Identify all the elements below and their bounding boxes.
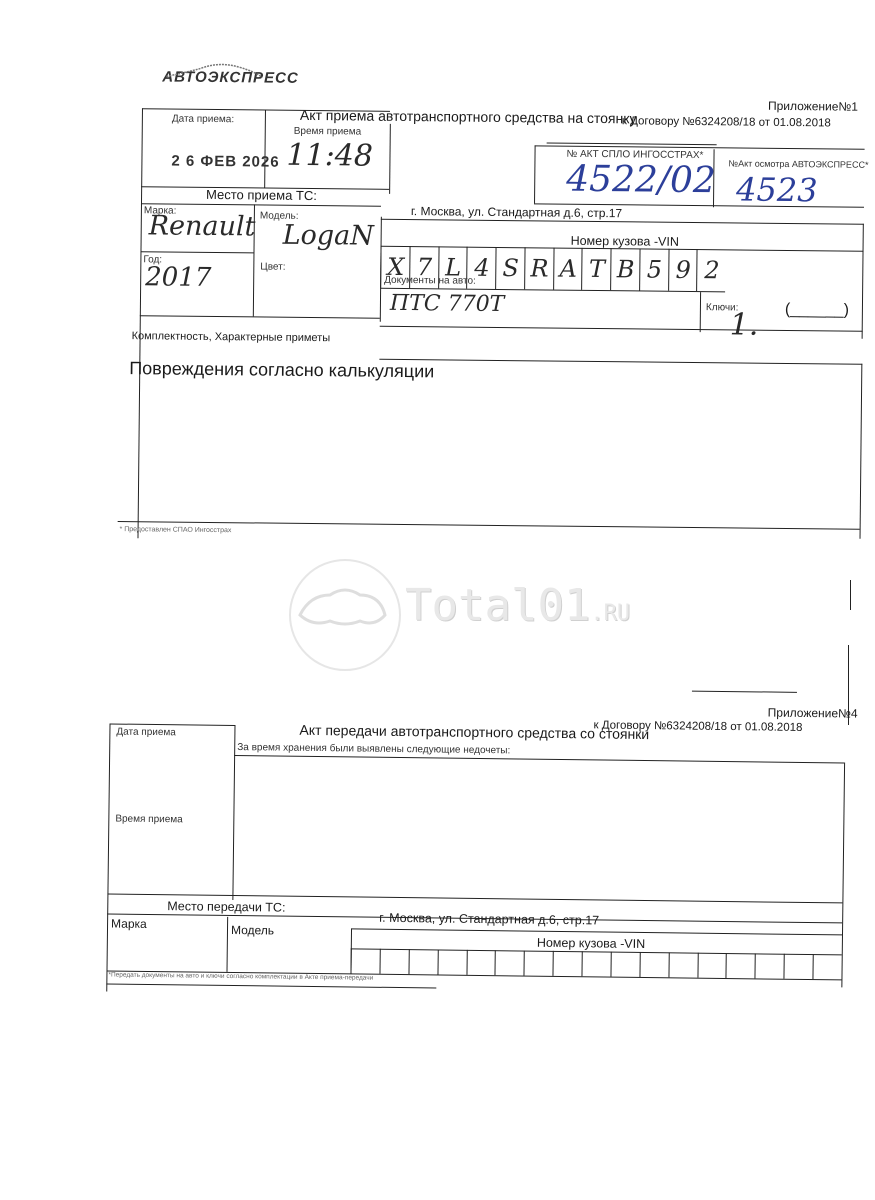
vin-cell [726, 953, 756, 978]
handover-date-label: Дата приема [116, 727, 176, 739]
act-4-title: Акт передачи автотранспортного средства … [299, 722, 649, 742]
vin-cell [466, 950, 496, 975]
act-4-form: Приложение№4 к Договору №6324208/18 от 0… [0, 0, 875, 1200]
vin-cell [668, 952, 698, 977]
defects-label: За время хранения были выявлены следующи… [237, 742, 510, 756]
vin-cell [784, 954, 814, 979]
handover-time-label: Время приема [115, 814, 183, 826]
vin-cell [697, 953, 727, 978]
vin-cell [524, 951, 554, 976]
vin-cell [408, 949, 438, 974]
handover-place-label: Место передачи ТС: [167, 899, 285, 914]
vin-cell [813, 954, 843, 979]
vin-cell [350, 948, 380, 973]
vin-cell [379, 949, 409, 974]
vin-cell [553, 951, 583, 976]
annex-4-number: Приложение№4 [768, 706, 858, 721]
vin-cell [755, 953, 785, 978]
vin-cell [610, 952, 640, 977]
vin-cell [495, 950, 525, 975]
vin-cell [639, 952, 669, 977]
vin-cell [582, 951, 612, 976]
vin-cell [437, 949, 467, 974]
handover-model-label: Модель [231, 923, 274, 938]
handover-vin-label: Номер кузова -VIN [537, 936, 645, 951]
handover-brand-label: Марка [111, 916, 147, 930]
